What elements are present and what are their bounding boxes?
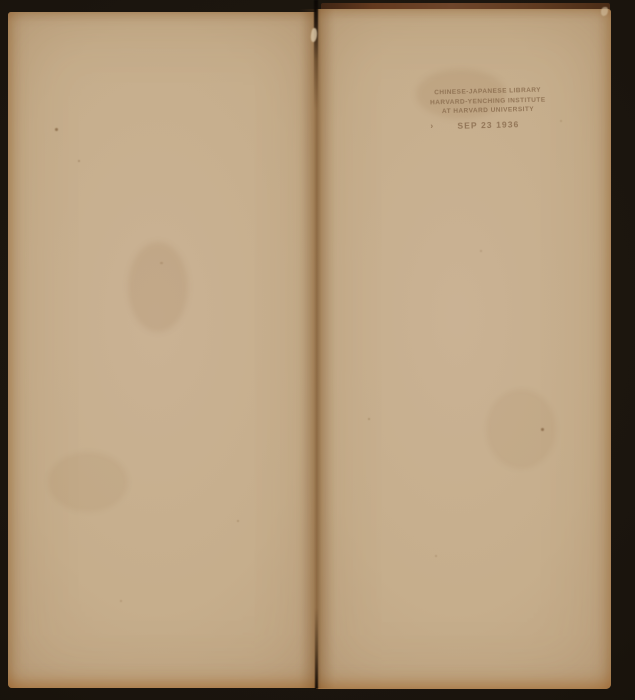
foxing-spot <box>541 428 544 431</box>
foxing-spot <box>120 600 122 602</box>
book-scan-background: CHINESE-JAPANESE LIBRARY HARVARD-YENCHIN… <box>0 0 635 700</box>
foxing-spot <box>368 418 370 420</box>
left-page <box>8 12 317 688</box>
stamp-line-3: AT HARVARD UNIVERSITY <box>423 105 553 118</box>
stamp-check-mark: › <box>430 121 433 131</box>
foxing-spot <box>560 120 562 122</box>
library-stamp: CHINESE-JAPANESE LIBRARY HARVARD-YENCHIN… <box>422 85 553 131</box>
foxing-spot <box>435 555 437 557</box>
foxing-spot <box>78 160 80 162</box>
foxing-spot <box>237 520 239 522</box>
paper-smudge <box>48 452 128 512</box>
stamp-date: SEP 23 1936 <box>457 119 519 131</box>
paper-smudge <box>128 242 188 332</box>
foxing-spot <box>55 128 58 131</box>
foxing-spot <box>160 262 163 264</box>
gutter-seam-top <box>314 0 318 110</box>
paper-smudge <box>486 389 556 469</box>
gutter-seam-bottom <box>315 608 318 689</box>
foxing-spot <box>480 250 482 252</box>
